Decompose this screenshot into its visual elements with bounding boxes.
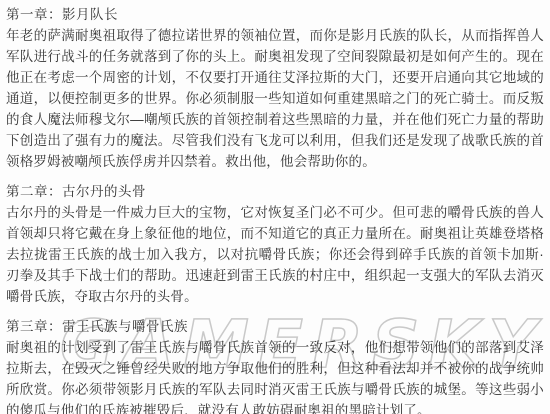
chapter-1-heading: 第一章：影月队长 [6,4,544,25]
chapter-3-body: 耐奥祖的计划受到了雷王氏族与嚼骨氏族首领的一致反对，他们想带领他们的部落到艾泽拉… [6,337,544,414]
chapter-3-heading: 第三章：雷王氏族与嚼骨氏族 [6,316,544,337]
document-content: 第一章：影月队长 年老的萨满耐奥祖取得了德拉诺世界的领袖位置，而你是影月氏族的队… [0,0,550,414]
chapter-3-section: 第三章：雷王氏族与嚼骨氏族 耐奥祖的计划受到了雷王氏族与嚼骨氏族首领的一致反对，… [6,316,544,414]
chapter-1-section: 第一章：影月队长 年老的萨满耐奥祖取得了德拉诺世界的领袖位置，而你是影月氏族的队… [6,4,544,172]
document-page: GAMERSKY 第一章：影月队长 年老的萨满耐奥祖取得了德拉诺世界的领袖位置，… [0,0,550,414]
chapter-2-body: 古尔丹的头骨是一件威力巨大的宝物，它对恢复圣门必不可少。但可悲的嚼骨氏族的兽人首… [6,202,544,307]
chapter-2-section: 第二章：古尔丹的头骨 古尔丹的头骨是一件威力巨大的宝物，它对恢复圣门必不可少。但… [6,181,544,307]
chapter-1-body: 年老的萨满耐奥祖取得了德拉诺世界的领袖位置，而你是影月氏族的队长，从而指挥兽人军… [6,25,544,172]
chapter-2-heading: 第二章：古尔丹的头骨 [6,181,544,202]
